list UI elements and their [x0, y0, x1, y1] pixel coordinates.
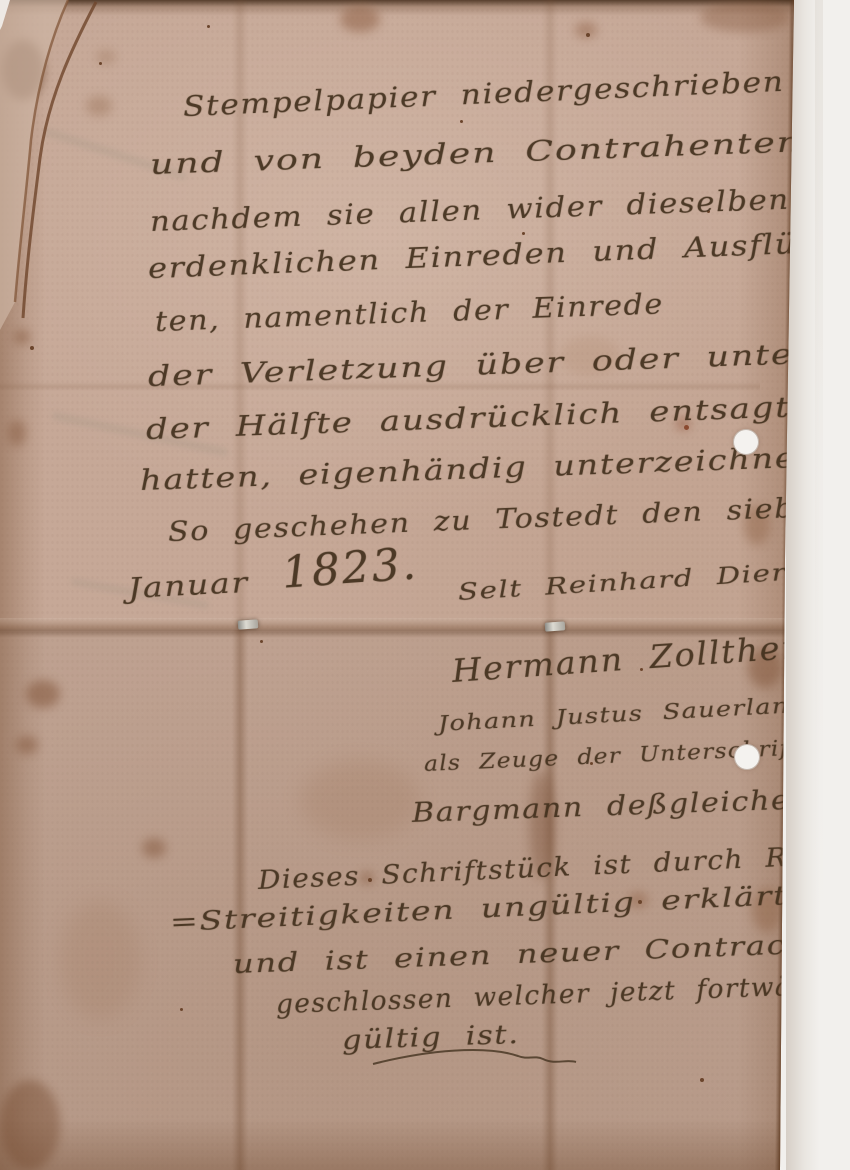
fold-glint [238, 619, 259, 629]
paper-stain [300, 760, 420, 840]
corner-page-edges [0, 0, 130, 330]
paper-speckle [207, 25, 210, 28]
punch-hole [734, 744, 760, 770]
scanner-background: Stempelpapier niedergeschrieben und von … [0, 0, 850, 1170]
date-year: 1823. [280, 539, 419, 599]
paper-speckle [522, 232, 525, 235]
paper-stain [0, 1080, 60, 1170]
paper-stain [60, 900, 140, 1020]
date-month: Januar [127, 566, 249, 605]
paper-speckle [180, 1008, 183, 1011]
fold-glint [545, 621, 566, 631]
paper-stain [340, 6, 380, 32]
bottom-edge-shadow [0, 1118, 850, 1170]
fold-crease-horizontal-main [0, 618, 790, 638]
paper-speckle [30, 346, 34, 350]
paper-speckle [460, 120, 463, 123]
scanner-streak [815, 0, 823, 1170]
fold-crease-vertical-left-lower [232, 630, 248, 1170]
paper-speckle [700, 1078, 704, 1082]
punch-hole [733, 429, 759, 455]
manuscript-paper: Stempelpapier niedergeschrieben und von … [0, 0, 850, 1170]
paper-stain [14, 330, 30, 344]
paper-stain [142, 838, 166, 858]
ink-flourish [368, 1042, 583, 1074]
paper-speckle [586, 33, 590, 37]
paper-stain [8, 420, 26, 446]
paper-stain [26, 680, 60, 708]
paper-stain [16, 736, 38, 754]
paper-speckle [260, 640, 263, 643]
paper-stain [700, 2, 790, 32]
